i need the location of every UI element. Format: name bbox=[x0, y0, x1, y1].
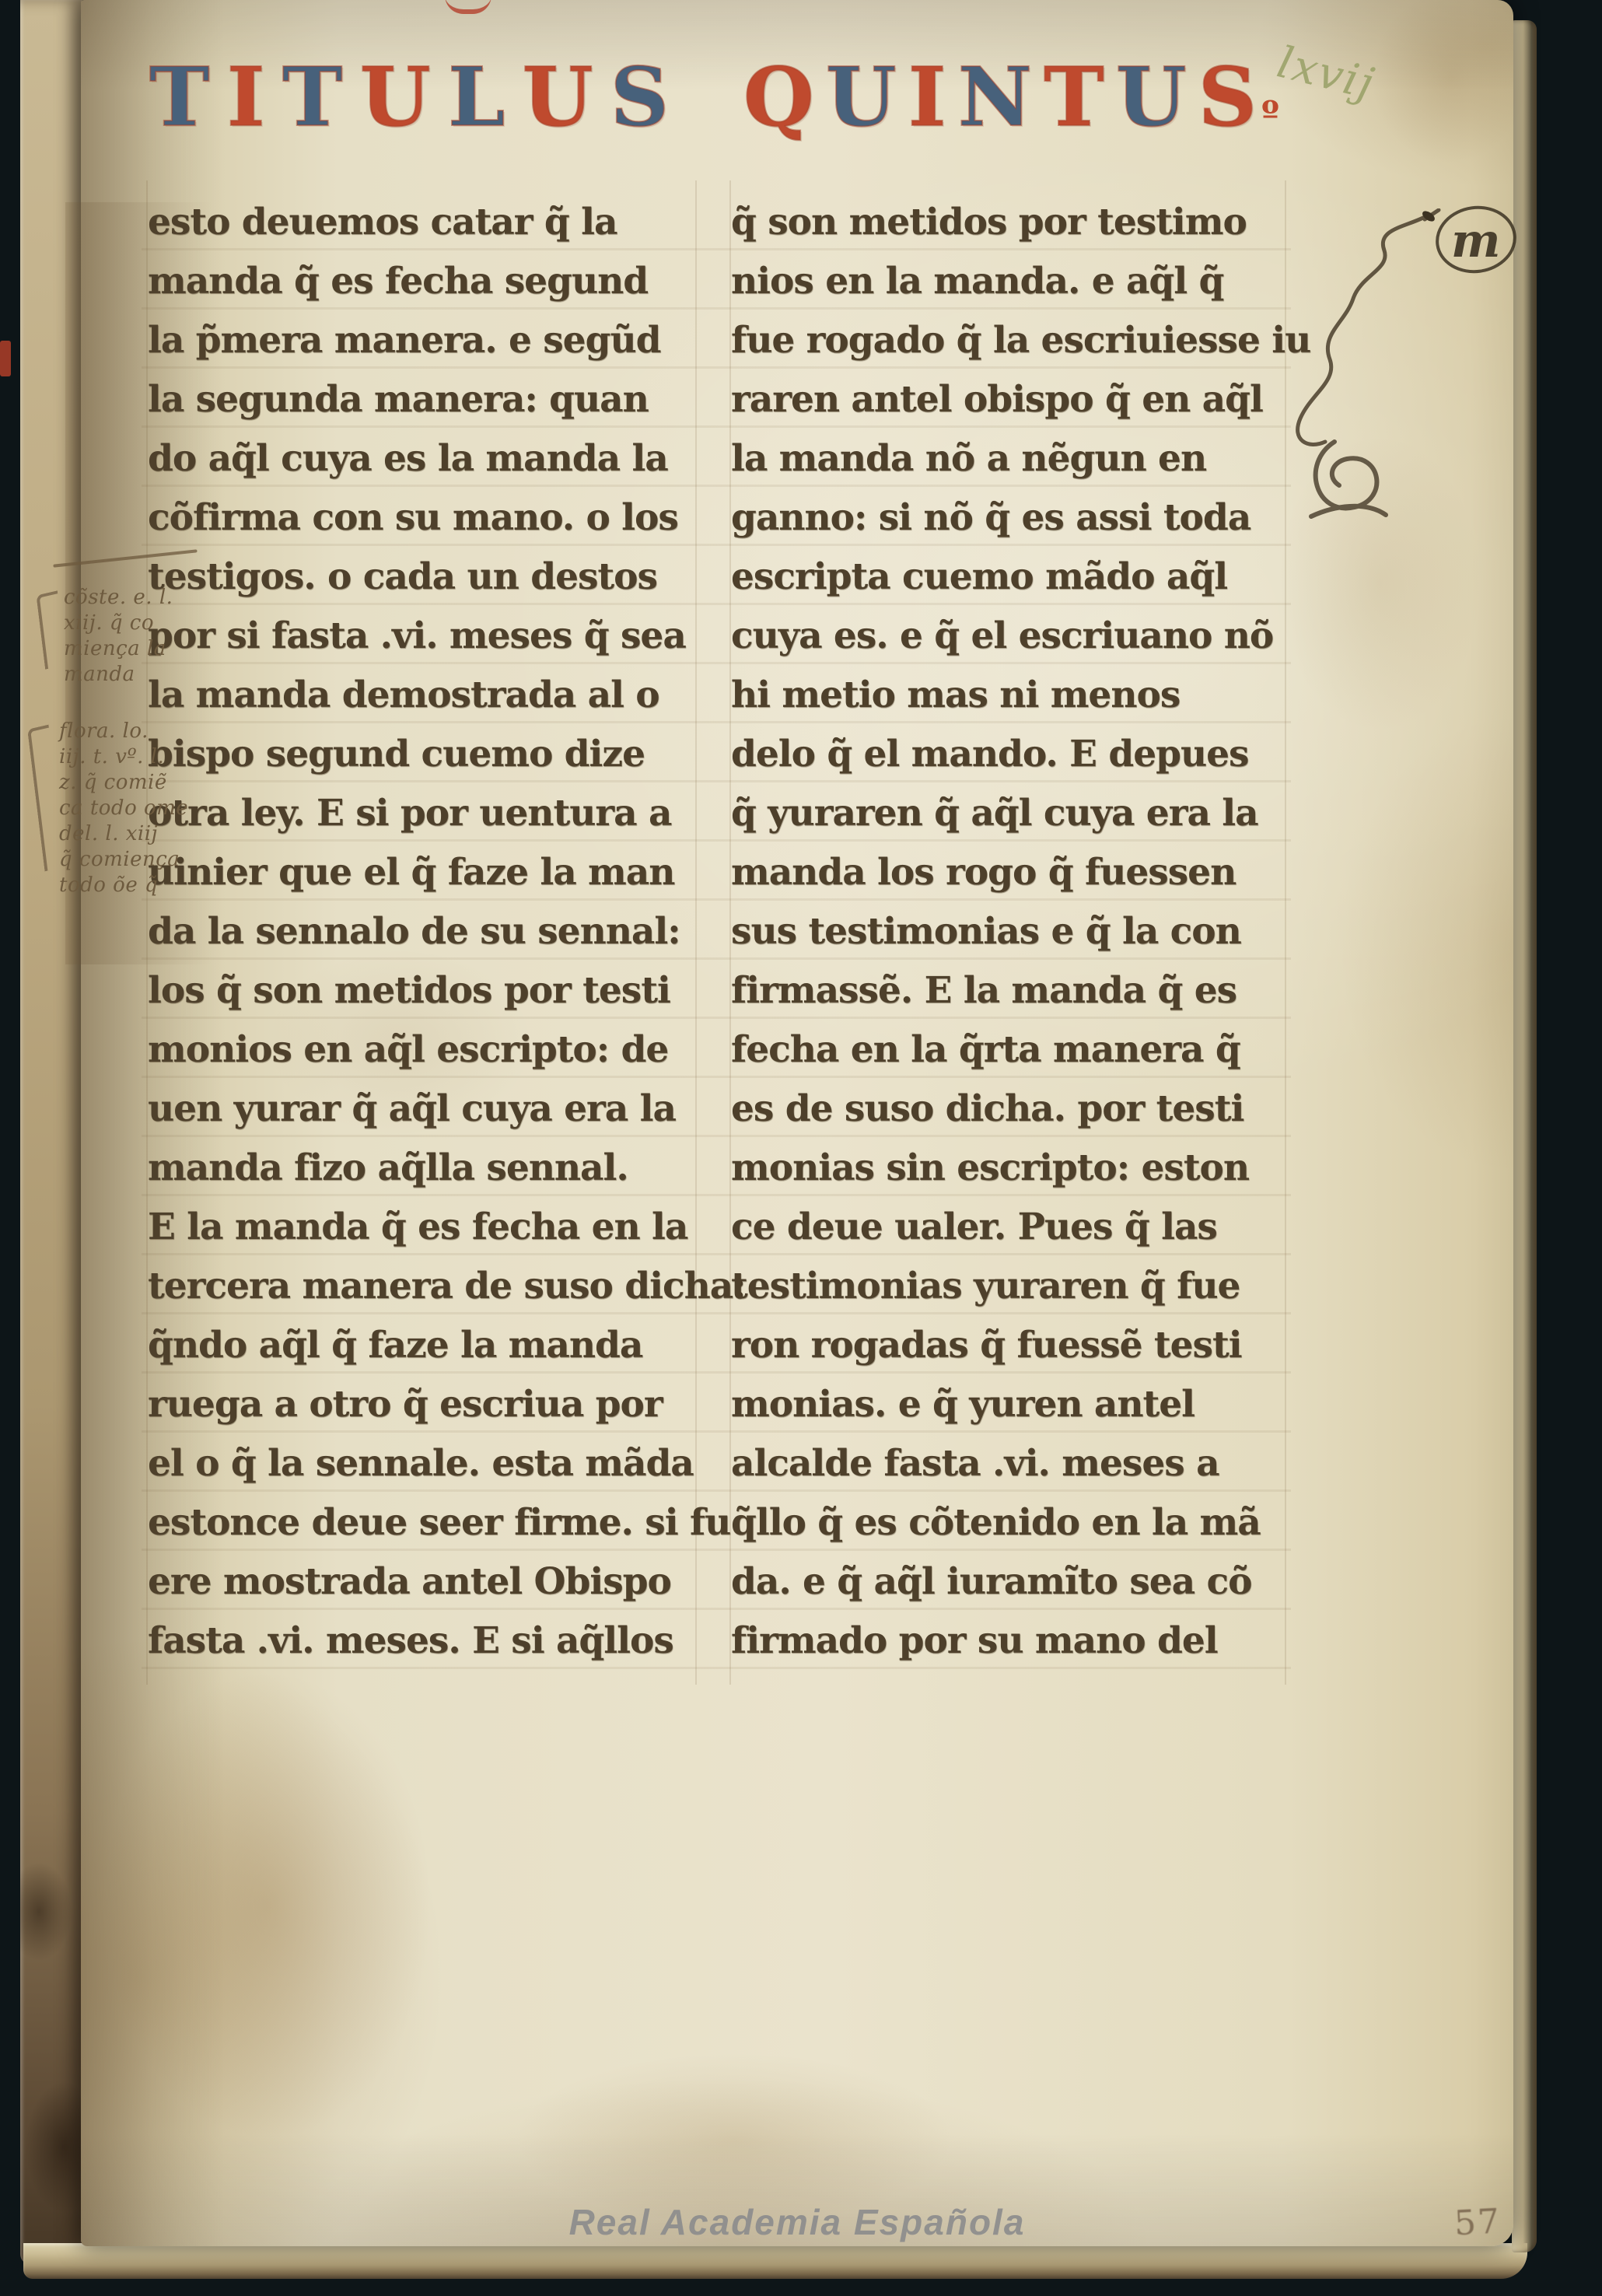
text-line: fasta .vi. meses. E si aq̃llos bbox=[148, 1613, 697, 1672]
title-letter: U bbox=[1116, 51, 1187, 143]
title-word-titulus: TITULUS bbox=[149, 51, 669, 143]
note-line: xiij. q̃ co bbox=[64, 611, 173, 636]
text-line: la manda nõ a nẽgun en bbox=[731, 431, 1280, 490]
pen-flourish-icon bbox=[1288, 208, 1451, 535]
text-line: otra ley. E si por uentura a bbox=[148, 786, 697, 845]
text-line: hi metio mas ni menos bbox=[731, 667, 1280, 726]
note-line: del. l. xiij bbox=[59, 821, 188, 847]
text-line: ron rogadas q̃ fuessẽ testi bbox=[731, 1318, 1280, 1377]
text-line: uinier que el q̃ faze la man bbox=[148, 845, 697, 904]
title-letter: Q bbox=[743, 51, 814, 143]
text-line: firmassẽ. E la manda q̃ es bbox=[731, 963, 1280, 1022]
margin-note-2: flora. lo.iij. t. vº. l.z. q̃ comiẽca to… bbox=[59, 719, 188, 898]
title-letter: N bbox=[958, 51, 1032, 143]
text-line: testigos. o cada un destos bbox=[148, 549, 697, 608]
text-line: firmado por su mano del bbox=[731, 1613, 1280, 1672]
folio-number-stamp: 57 bbox=[1453, 2201, 1502, 2243]
text-line: monias. e q̃ yuren antel bbox=[731, 1377, 1280, 1436]
text-column-right: q̃ son metidos por testimonios en la man… bbox=[731, 194, 1280, 1672]
text-line: nios en la manda. e aq̃l q̃ bbox=[731, 254, 1280, 313]
text-line: fue rogado q̃ la escriuiesse iu bbox=[731, 313, 1280, 372]
text-line: ruega a otro q̃ escriua por bbox=[148, 1377, 697, 1436]
text-line: q̃ndo aq̃l q̃ faze la manda bbox=[148, 1318, 697, 1377]
text-line: fecha en la q̃rta manera q̃ bbox=[731, 1022, 1280, 1081]
text-line: ce deue ualer. Pues q̃ las bbox=[731, 1199, 1280, 1258]
note-line: cõste. e. l. bbox=[64, 585, 173, 611]
note-line: miença la bbox=[64, 636, 173, 662]
text-line: ganno: si nõ q̃ es assi toda bbox=[731, 490, 1280, 549]
stain bbox=[104, 1672, 431, 2139]
watermark: Real Academia Española bbox=[81, 2201, 1513, 2243]
title-letter: U bbox=[523, 51, 593, 143]
text-line: monios en aq̃l escripto: de bbox=[148, 1022, 697, 1081]
text-line: monias sin escripto: eston bbox=[731, 1140, 1280, 1199]
text-column-left: esto deuemos catar q̃ lamanda q̃ es fech… bbox=[148, 194, 697, 1672]
text-line: q̃ son metidos por testimo bbox=[731, 194, 1280, 254]
text-line: bispo segund cuemo dize bbox=[148, 726, 697, 786]
title-letter: T bbox=[282, 51, 342, 143]
fore-edge-page-stack bbox=[1512, 20, 1537, 2252]
text-line: la manda demostrada al o bbox=[148, 667, 697, 726]
text-line: do aq̃l cuya es la manda la bbox=[148, 431, 697, 490]
text-line: alcalde fasta .vi. meses a bbox=[731, 1436, 1280, 1495]
emblem-letter: m bbox=[1451, 214, 1501, 268]
text-line: raren antel obispo q̃ en aq̃l bbox=[731, 372, 1280, 431]
title-letter: L bbox=[448, 51, 505, 143]
text-line: los q̃ son metidos por testi bbox=[148, 963, 697, 1022]
text-line: estonce deue seer firme. si fu bbox=[148, 1495, 697, 1554]
note-line: manda bbox=[64, 662, 173, 688]
red-edge-mark bbox=[0, 341, 11, 376]
title-letter: S bbox=[1198, 51, 1257, 143]
text-line: E la manda q̃ es fecha en la bbox=[148, 1199, 697, 1258]
manuscript-photo: TITULUS QUINTUS º lxvij m esto deuemos c… bbox=[0, 0, 1602, 2296]
text-line: por si fasta .vi. meses q̃ sea bbox=[148, 608, 697, 667]
text-line: uen yurar q̃ aq̃l cuya era la bbox=[148, 1081, 697, 1140]
text-line: es de suso dicha. por testi bbox=[731, 1081, 1280, 1140]
circled-m-mark: m bbox=[1432, 199, 1520, 285]
margin-note-1: cõste. e. l.xiij. q̃ comiença lamanda bbox=[64, 585, 173, 688]
note-line: flora. lo. bbox=[59, 719, 188, 744]
text-line: manda q̃ es fecha segund bbox=[148, 254, 697, 313]
parchment-page: TITULUS QUINTUS º lxvij m esto deuemos c… bbox=[81, 0, 1513, 2246]
stain bbox=[1372, 0, 1527, 163]
title-letter: T bbox=[149, 51, 209, 143]
title-letter: S bbox=[610, 51, 669, 143]
title-ornament-mark: º bbox=[1261, 93, 1279, 135]
text-line: testimonias yuraren q̃ fue bbox=[731, 1258, 1280, 1318]
text-line: q̃ yuraren q̃ aq̃l cuya era la bbox=[731, 786, 1280, 845]
title-letter: I bbox=[227, 51, 265, 143]
text-line: la segunda manera: quan bbox=[148, 372, 697, 431]
bottom-page-stack-edge bbox=[23, 2243, 1527, 2279]
title-letter: I bbox=[908, 51, 946, 143]
text-line: manda fizo aq̃lla sennal. bbox=[148, 1140, 697, 1199]
note-line: q̃ comiença bbox=[59, 847, 188, 873]
text-line: la p̃mera manera. e segũd bbox=[148, 313, 697, 372]
text-line: delo q̃ el mando. E depues bbox=[731, 726, 1280, 786]
title-letter: U bbox=[360, 51, 431, 143]
text-line: sus testimonias e q̃ la con bbox=[731, 904, 1280, 963]
text-line: esto deuemos catar q̃ la bbox=[148, 194, 697, 254]
title-letter: T bbox=[1044, 51, 1104, 143]
page-top-red-fragment bbox=[445, 0, 491, 14]
text-line: da. e q̃ aq̃l iuramĩto sea cõ bbox=[731, 1554, 1280, 1613]
stain bbox=[516, 2053, 952, 2224]
text-line: cõfirma con su mano. o los bbox=[148, 490, 697, 549]
note-line: z. q̃ comiẽ bbox=[59, 770, 188, 796]
text-line: escripta cuemo mãdo aq̃l bbox=[731, 549, 1280, 608]
foliation-mark: lxvij bbox=[1272, 37, 1380, 110]
text-line: da la sennalo de su sennal: bbox=[148, 904, 697, 963]
title-letter: U bbox=[826, 51, 897, 143]
previous-folio-edge bbox=[20, 0, 82, 2265]
column-guide-line bbox=[1285, 180, 1286, 1685]
text-line: cuya es. e q̃ el escriuano nõ bbox=[731, 608, 1280, 667]
note-line: ca todo ome bbox=[59, 796, 188, 821]
text-line: tercera manera de suso dicha: bbox=[148, 1258, 697, 1318]
note-line: iij. t. vº. l. bbox=[59, 744, 188, 770]
text-line: q̃llo q̃ es cõtenido en la mã bbox=[731, 1495, 1280, 1554]
text-line: manda los rogo q̃ fuessen bbox=[731, 845, 1280, 904]
note-line: todo õe q̃ bbox=[59, 873, 188, 898]
text-line: el o q̃ la sennale. esta mãda bbox=[148, 1436, 697, 1495]
text-line: ere mostrada antel Obispo bbox=[148, 1554, 697, 1613]
title-word-quintus: QUINTUS bbox=[743, 51, 1257, 143]
